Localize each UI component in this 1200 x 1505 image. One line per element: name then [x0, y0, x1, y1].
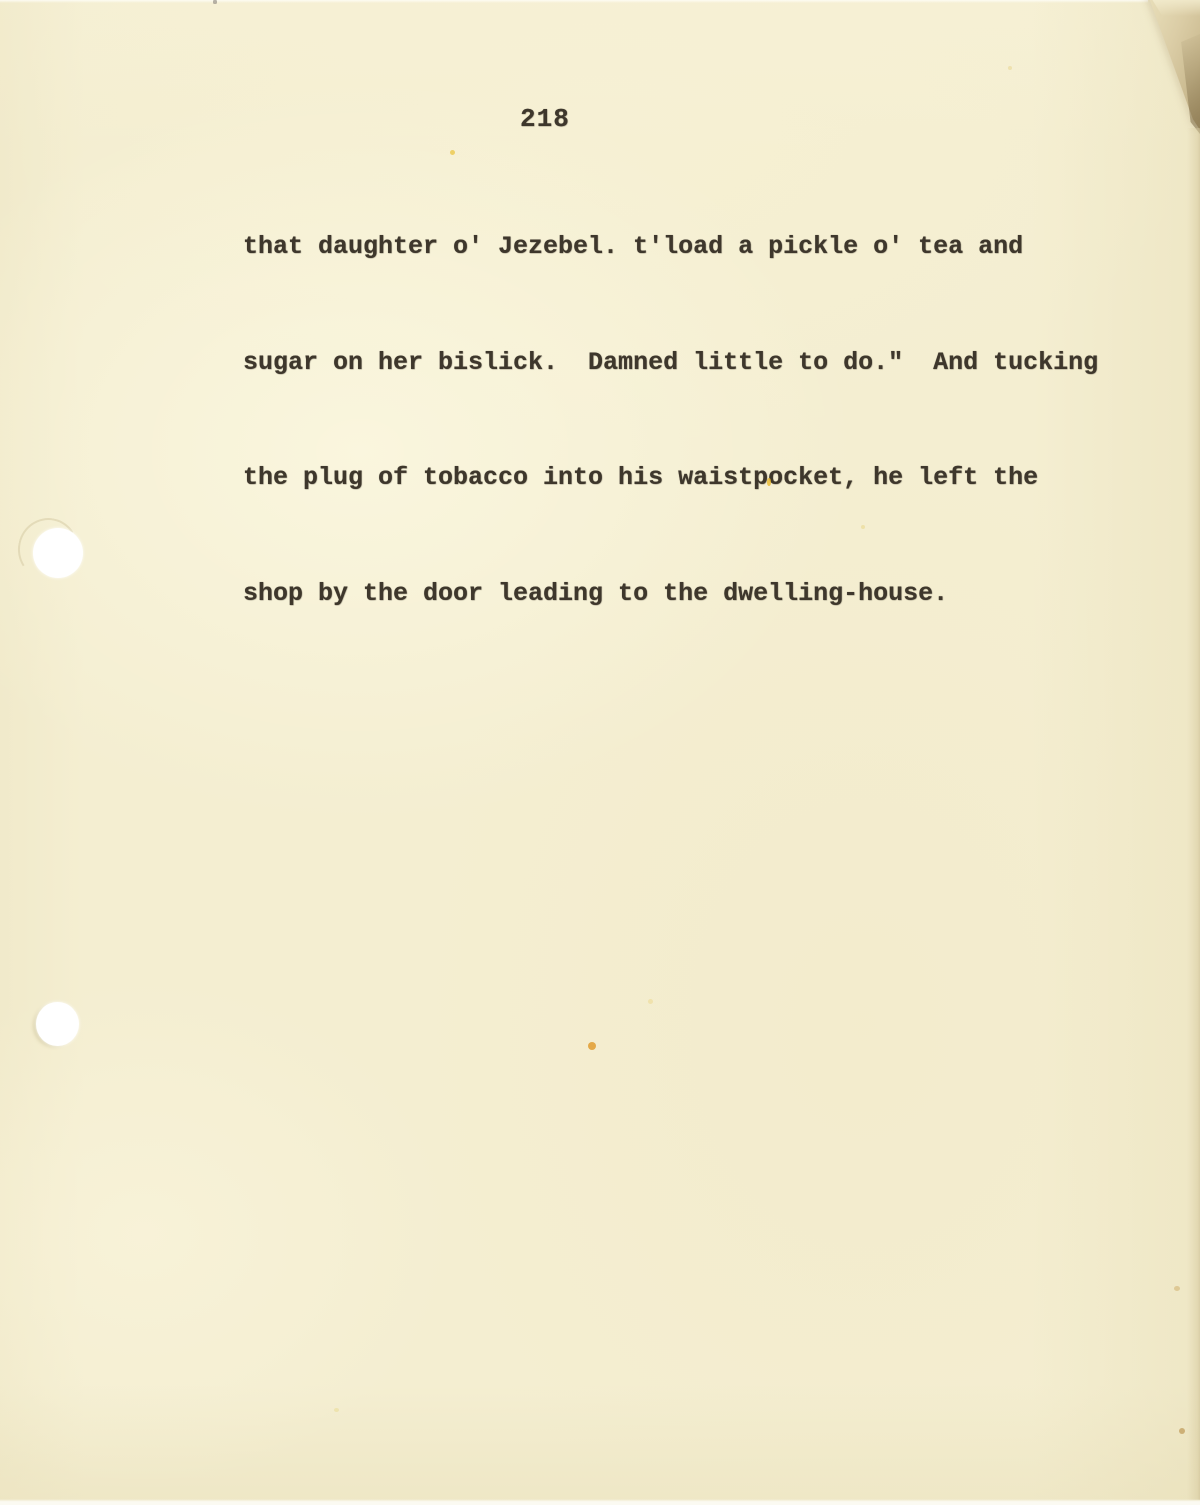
stain-speck [334, 1408, 339, 1412]
text-line-4: shop by the door leading to the dwelling… [243, 575, 1098, 614]
text-line-2: sugar on her bislick. Damned little to d… [243, 344, 1098, 383]
page-right-edge-shadow [1187, 128, 1200, 1500]
text-line-1: that daughter o' Jezebel. t'load a pickl… [243, 228, 1098, 267]
stain-speck [1174, 1286, 1180, 1291]
stain-speck [767, 478, 771, 486]
punch-hole-bottom [36, 1002, 79, 1046]
stain-speck [648, 999, 653, 1004]
stain-speck [861, 525, 865, 529]
text-line-3: the plug of tobacco into his waistpocket… [243, 459, 1098, 498]
scan-edge-bottom [0, 1499, 1200, 1505]
stain-speck [1008, 66, 1012, 70]
stain-speck [588, 1042, 596, 1050]
typed-text-block: that daughter o' Jezebel. t'load a pickl… [243, 151, 1098, 690]
manuscript-page-sheet: 218 that daughter o' Jezebel. t'load a p… [0, 0, 1200, 1505]
scan-edge-top [0, 0, 1148, 3]
page-number: 218 [520, 104, 570, 134]
stain-speck [1179, 1428, 1185, 1434]
stain-speck [450, 150, 455, 155]
stain-speck [213, 0, 217, 4]
punch-hole-top [33, 528, 83, 578]
